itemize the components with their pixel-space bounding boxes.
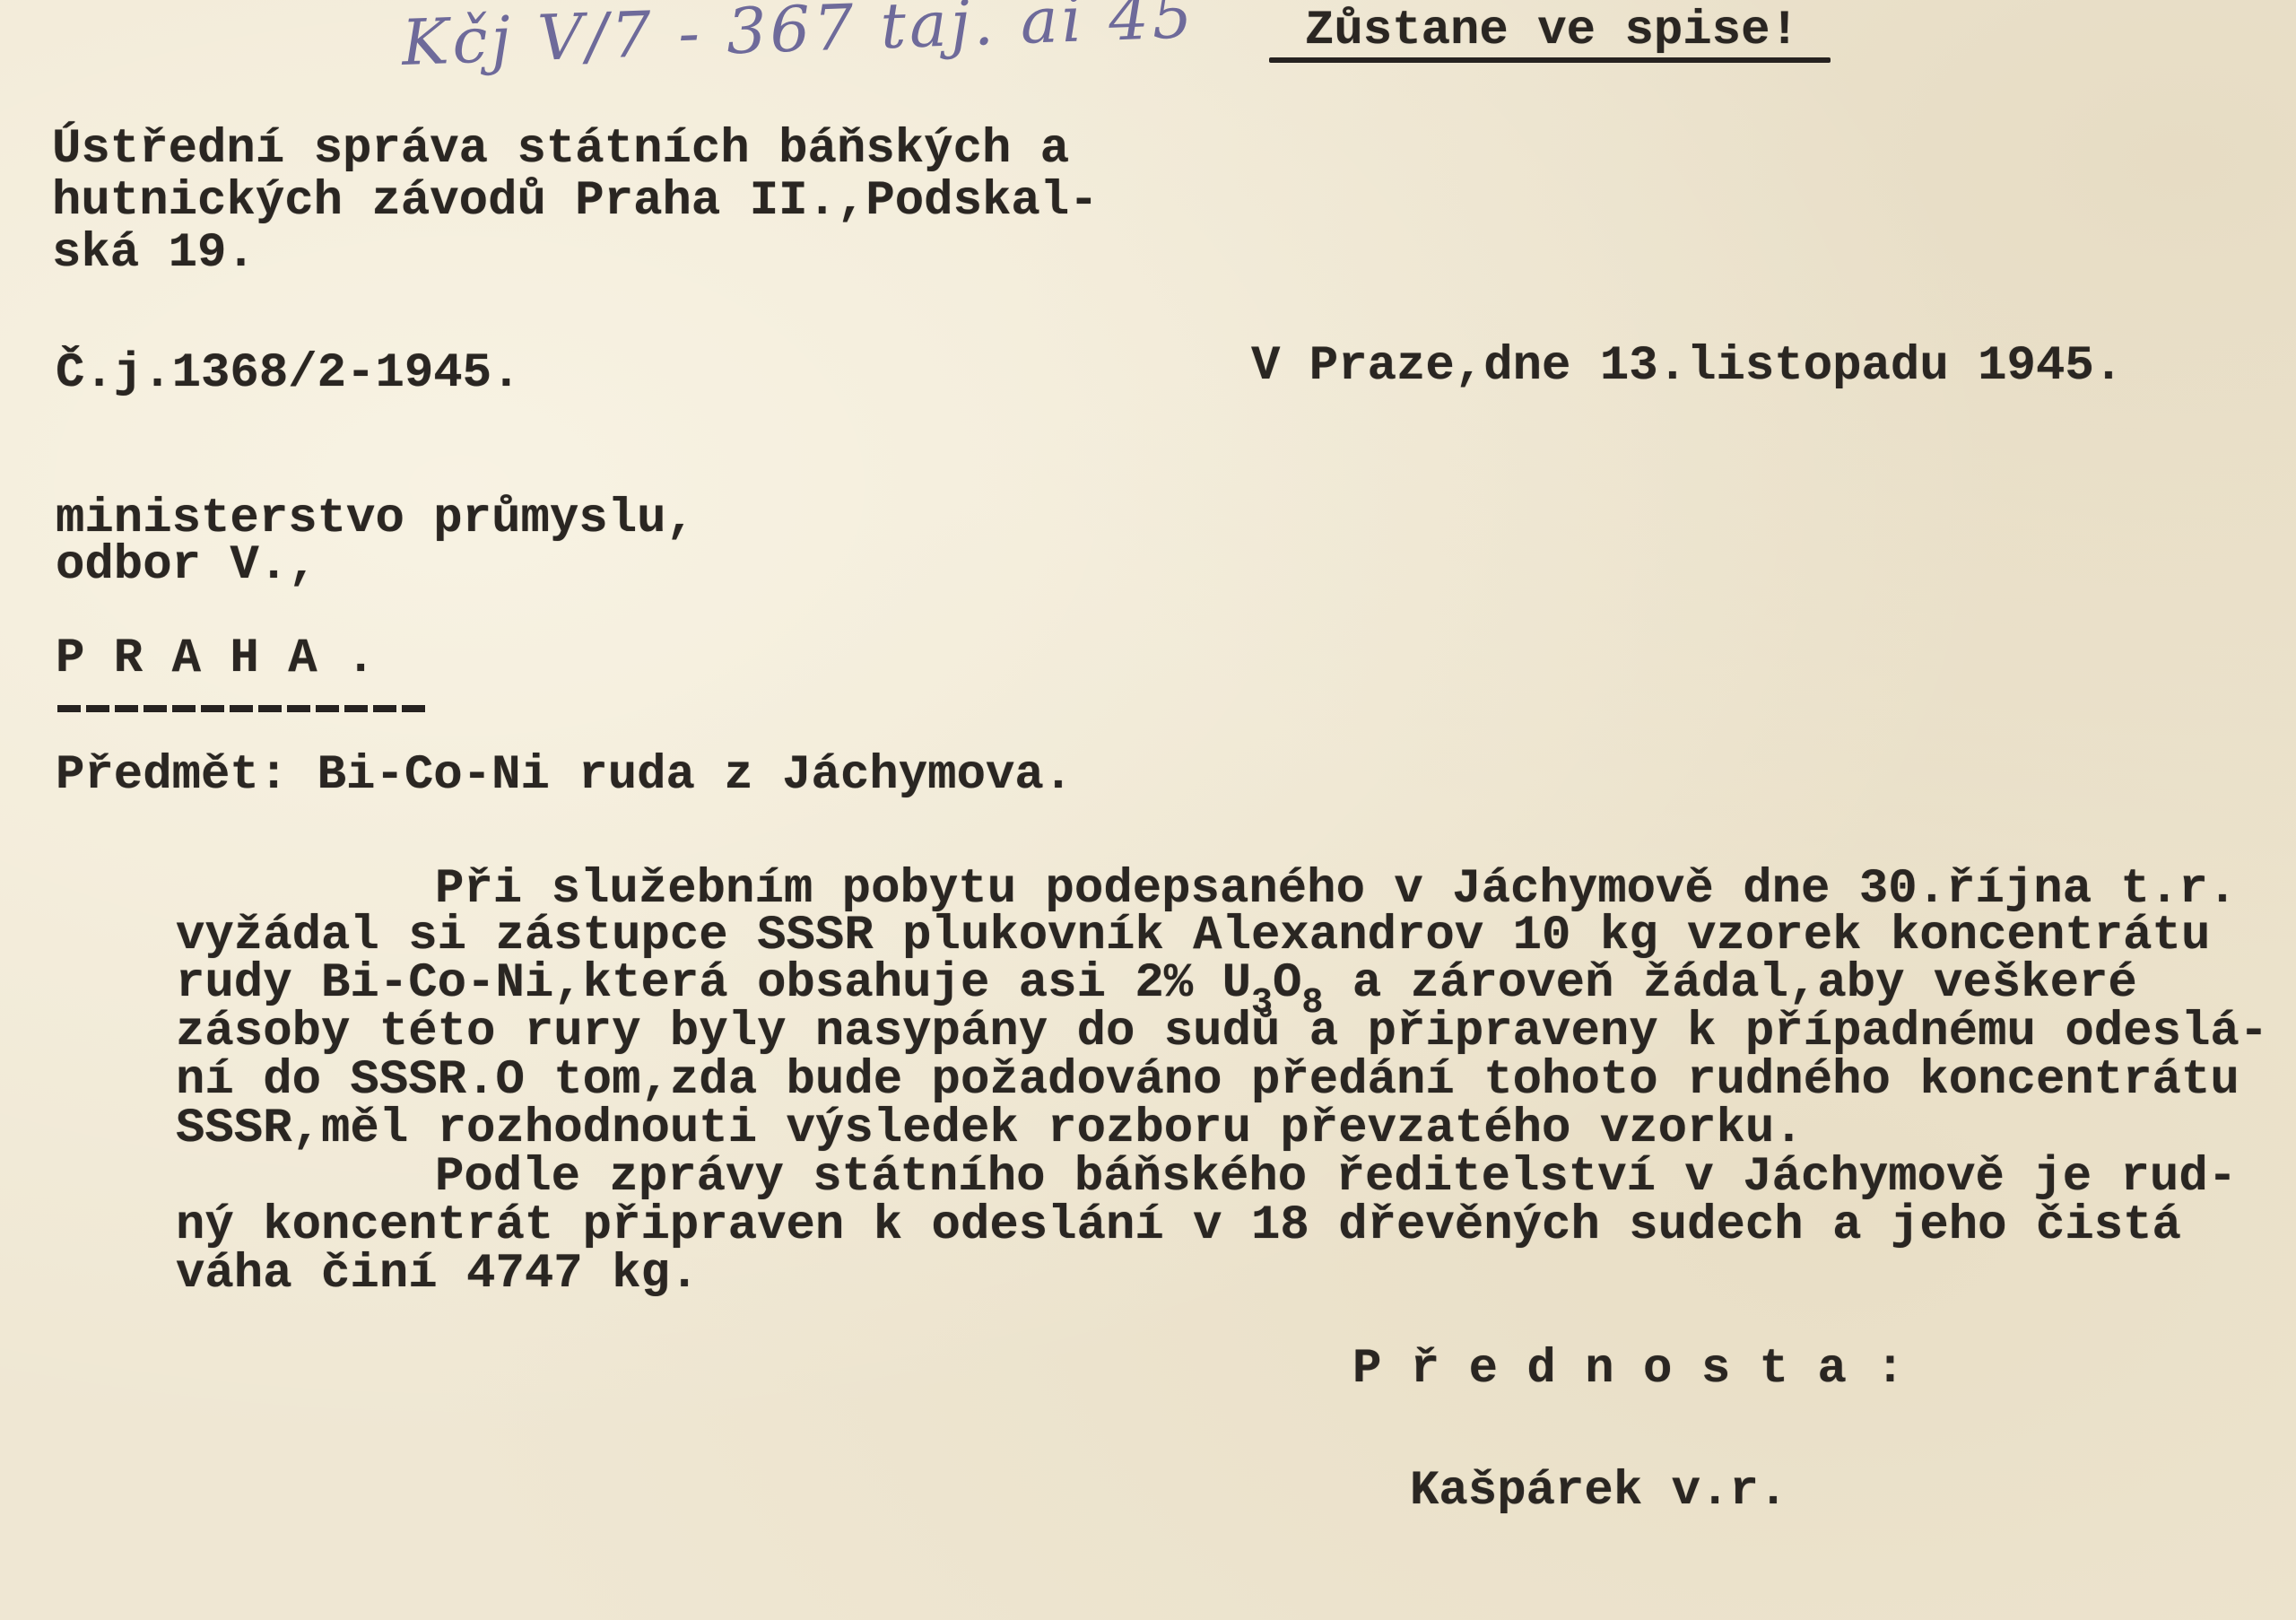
- body-line-6: SSSR,měl rozhodnouti výsledek rozboru př…: [176, 1105, 1804, 1154]
- city-dashed-underline: [57, 705, 429, 712]
- body-line-9: váha činí 4747 kg.: [176, 1250, 699, 1299]
- recipient-line-1: ministerstvo průmyslu,: [56, 495, 695, 544]
- sender-line-1: Ústřední správa státních báňských a: [52, 126, 1069, 174]
- signature-title: P ř e d n o s t a :: [1352, 1346, 1905, 1394]
- subject-line: Předmět: Bi-Co-Ni ruda z Jáchymova.: [56, 752, 1073, 800]
- signature-name: Kašpárek v.r.: [1410, 1468, 1787, 1516]
- file-note-underline: [1269, 57, 1831, 63]
- body-line-4: zásoby této rury byly nasypány do sudů a…: [176, 1008, 2268, 1057]
- body-line-3-text: rudy Bi-Co-Ni,která obsahuje asi 2% U: [176, 956, 1251, 1011]
- reference-number: Č.j.1368/2-1945.: [56, 350, 520, 398]
- body-line-3-rest: a zároveň žádal,aby veškeré: [1323, 956, 2136, 1011]
- body-line-1: Při služebním pobytu podepsaného v Jáchy…: [435, 866, 2237, 914]
- body-line-5: ní do SSSR.O tom,zda bude požadováno pře…: [176, 1057, 2239, 1105]
- recipient-line-2: odbor V.,: [56, 542, 317, 590]
- recipient-city: P R A H A .: [56, 635, 375, 684]
- body-line-8: ný koncentrát připraven k odeslání v 18 …: [176, 1202, 2181, 1250]
- sender-line-3: ská 19.: [52, 230, 256, 278]
- body-line-7: Podle zprávy státního báňského ředitelst…: [435, 1154, 2237, 1202]
- oxygen-symbol: O: [1273, 956, 1301, 1011]
- sender-line-2: hutnických závodů Praha II.,Podskal-: [52, 178, 1099, 226]
- place-and-date: V Praze,dne 13.listopadu 1945.: [1251, 343, 2123, 391]
- file-note: Zůstane ve spise!: [1305, 7, 1799, 56]
- handwritten-file-annotation: Kčj V/7 - 367 taj. ai 45: [401, 0, 1197, 79]
- body-line-2: vyžádal si zástupce SSSR plukovník Alexa…: [176, 912, 2210, 961]
